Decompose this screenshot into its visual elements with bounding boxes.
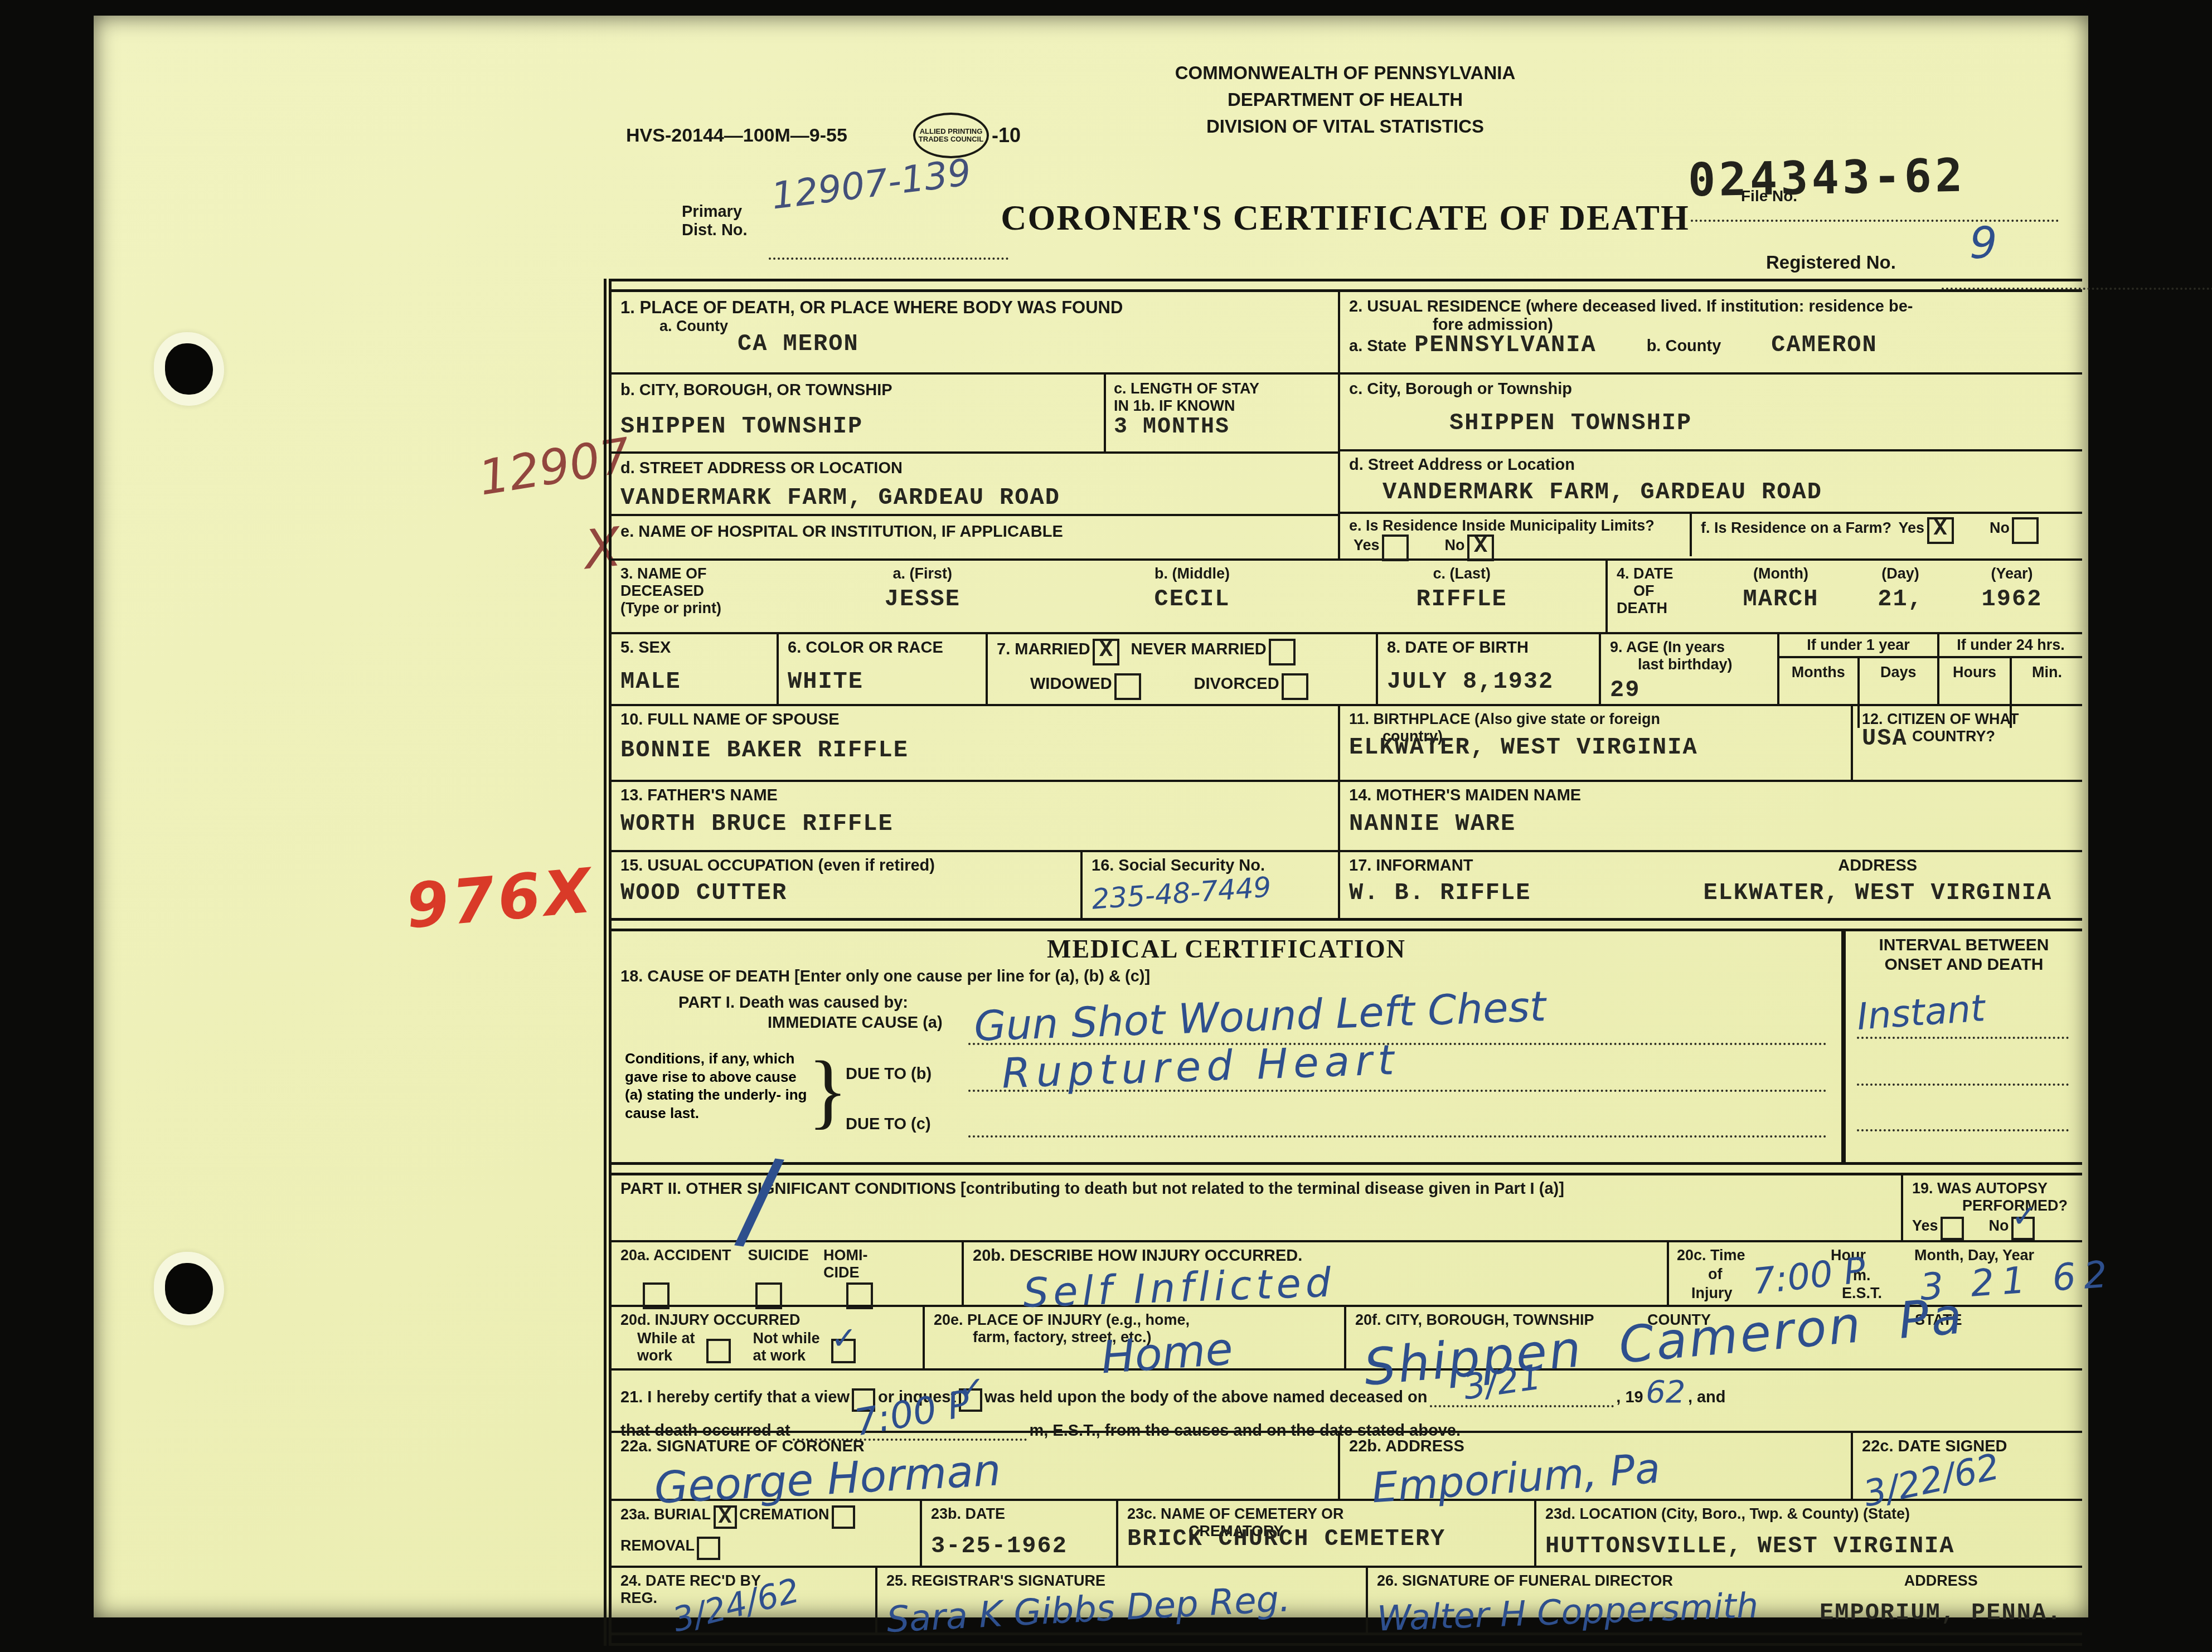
file-no-line	[1691, 220, 2059, 222]
s7-divorced-checkbox	[1282, 673, 1308, 700]
section-20f-city-county-state: 20f. CITY, BOROUGH, TOWNSHIP COUNTY STAT…	[1346, 1307, 2082, 1368]
s18-brace: }	[808, 1043, 848, 1139]
s20d-notwhile-checkbox: ✓	[831, 1339, 856, 1363]
row-20def: 20d. INJURY OCCURRED While at work Not w…	[612, 1307, 2082, 1371]
s26-value: Walter H Coppersmith	[1376, 1583, 1809, 1639]
row-spouse-birthplace: 10. FULL NAME OF SPOUSE BONNIE BAKER RIF…	[612, 706, 2082, 782]
s4-year-value: 1962	[1951, 586, 2073, 613]
s23c-value: BRICK CHURCH CEMETERY	[1127, 1525, 1525, 1552]
section-6-color-race: 6. COLOR OR RACE WHITE	[779, 634, 988, 704]
section-20d-injury-occurred: 20d. INJURY OCCURRED While at work Not w…	[612, 1307, 925, 1368]
medcert-main: MEDICAL CERTIFICATION 18. CAUSE OF DEATH…	[612, 931, 1844, 1162]
primary-dist-label: Primary Dist. No.	[682, 203, 748, 240]
s23a-removal-checkbox	[697, 1537, 720, 1560]
section-7-marital-status: 7. MARRIED X NEVER MARRIED WIDOWED DIVOR…	[988, 634, 1378, 704]
s19-no-checkbox: ✓	[2011, 1217, 2035, 1240]
s7-never-married-checkbox	[1269, 639, 1296, 665]
row-registration: 24. DATE REC'D BY REG. 3/24/62 25. REGIS…	[612, 1568, 2082, 1632]
medical-certification-block: MEDICAL CERTIFICATION 18. CAUSE OF DEATH…	[612, 931, 2082, 1162]
section-11-birthplace: 11. BIRTHPLACE (Also give state or forei…	[1340, 706, 1853, 780]
s11-value: ELKWATER, WEST VIRGINIA	[1349, 734, 1842, 761]
s23a-burial-checkbox: X	[714, 1505, 737, 1529]
s1b-label: b. CITY, BOROUGH, OR TOWNSHIP	[620, 381, 1095, 400]
margin-red-number: 976X	[403, 854, 597, 942]
section-26-funeral-director: 26. SIGNATURE OF FUNERAL DIRECTOR Walter…	[1368, 1568, 2082, 1632]
double-rule	[612, 1162, 2082, 1175]
section-4-date-of-death: 4. DATE OF DEATH (Month) MARCH (Day) 21,…	[1608, 561, 2082, 632]
section-23d-location: 23d. LOCATION (City, Boro., Twp. & Count…	[1536, 1501, 2082, 1566]
row-disposition: 23a. BURIAL X CREMATION REMOVAL 23b. DAT…	[612, 1501, 2082, 1568]
interval-a-line	[1857, 1037, 2069, 1039]
s26-address-value: EMPORIUM, PENNA.	[1808, 1600, 2073, 1626]
section-1-place-of-death: 1. PLACE OF DEATH, OR PLACE WHERE BODY W…	[612, 292, 1340, 558]
form-body: HVS-20144—100M—9-55 ALLIED PRINTING TRAD…	[604, 36, 2082, 1646]
certificate-card: 12907 X 976X HVS-20144—100M—9-55 ALLIED …	[94, 16, 2088, 1617]
form-number: HVS-20144—100M—9-55	[626, 125, 847, 147]
section-17-informant: 17. INFORMANT W. B. RIFFLE ADDRESS ELKWA…	[1340, 852, 2082, 918]
s4-day-label: (Day)	[1850, 565, 1951, 582]
section-14-mother: 14. MOTHER'S MAIDEN NAME NANNIE WARE	[1340, 782, 2082, 850]
s2e-label: e. Is Residence Inside Municipality Limi…	[1349, 517, 1655, 534]
s5-value: MALE	[620, 668, 768, 695]
section-23a-disposition: 23a. BURIAL X CREMATION REMOVAL	[612, 1501, 922, 1566]
s2f-no-checkbox	[2012, 517, 2039, 544]
section-21-certify: 21. I hereby certify that a view or inqu…	[612, 1371, 2082, 1433]
s19-yes-checkbox	[1941, 1217, 1964, 1240]
s7-married-checkbox: X	[1093, 639, 1119, 665]
department-line: DEPARTMENT OF HEALTH	[972, 89, 1719, 110]
s4-year-label: (Year)	[1951, 565, 2073, 582]
s15-value: WOOD CUTTER	[620, 880, 1071, 906]
section-20a-manner: 20a. ACCIDENT SUICIDE HOMI- CIDE ∕	[612, 1242, 964, 1305]
s4-day-value: 21,	[1850, 586, 1951, 613]
double-rule	[612, 1632, 2082, 1646]
s2e-no-checkbox: X	[1467, 535, 1494, 561]
s18c-line	[968, 1135, 1827, 1138]
s10-value: BONNIE BAKER RIFFLE	[620, 737, 1329, 764]
s2f-yes-checkbox: X	[1927, 517, 1954, 544]
s2a-label: a. State	[1349, 337, 1406, 356]
s14-value: NANNIE WARE	[1349, 810, 2073, 837]
s2-title: 2. USUAL RESIDENCE (where deceased lived…	[1349, 298, 2073, 335]
interval-b-line	[1857, 1083, 2069, 1086]
s23a-cremation-checkbox	[832, 1505, 855, 1529]
section-9-under-24-hrs: If under 24 hrs. Hours Min.	[1939, 634, 2082, 704]
section-23c-cemetery: 23c. NAME OF CEMETERY OR CREMATORY BRICK…	[1118, 1501, 1536, 1566]
section-24-date-recd: 24. DATE REC'D BY REG. 3/24/62	[612, 1568, 877, 1632]
registered-no-value: 9	[1970, 218, 1997, 269]
punch-hole-bottom	[165, 1263, 213, 1314]
section-12-citizen: 12. CITIZEN OF WHAT COUNTRY? USA	[1853, 706, 2082, 780]
section-23b-date: 23b. DATE 3-25-1962	[922, 1501, 1118, 1566]
s23d-value: HUTTONSVILLE, WEST VIRGINIA	[1545, 1533, 2073, 1559]
interval-header: INTERVAL BETWEEN ONSET AND DEATH	[1846, 931, 2082, 974]
commonwealth-line: COMMONWEALTH OF PENNSYLVANIA	[972, 62, 1719, 84]
s3a-value: JESSE	[788, 586, 1058, 613]
s6-value: WHITE	[788, 668, 977, 695]
file-no-stamp: 024343-62	[1687, 149, 1966, 207]
s2e-yes-checkbox	[1382, 535, 1409, 561]
s9-value: 29	[1610, 677, 1768, 703]
section-19-autopsy: 19. WAS AUTOPSY PERFORMED? Yes No ✓	[1903, 1175, 2082, 1240]
s4-month-value: MARCH	[1711, 586, 1850, 613]
s1b-value: SHIPPEN TOWNSHIP	[620, 413, 1095, 440]
section-22c-date-signed: 22c. DATE SIGNED 3/22/62	[1853, 1433, 2082, 1499]
form-table: 1. PLACE OF DEATH, OR PLACE WHERE BODY W…	[604, 279, 2082, 1646]
s3b-value: CECIL	[1058, 586, 1327, 613]
s1d-value: VANDERMARK FARM, GARDEAU ROAD	[620, 484, 1329, 511]
division-line: DIVISION OF VITAL STATISTICS	[972, 116, 1719, 137]
section-22a-coroner-signature: 22a. SIGNATURE OF CORONER George Horman	[612, 1433, 1340, 1499]
s1c-label: c. LENGTH OF STAY IN 1b. IF KNOWN	[1114, 380, 1330, 415]
scan-background: 12907 X 976X HVS-20144—100M—9-55 ALLIED …	[0, 0, 2212, 1652]
row-place-residence: 1. PLACE OF DEATH, OR PLACE WHERE BODY W…	[612, 292, 2082, 561]
s2c-label: c. City, Borough or Township	[1349, 380, 2073, 399]
s3a-label: a. (First)	[788, 565, 1058, 582]
s18-conditions-note: Conditions, if any, which gave rise to a…	[625, 1049, 809, 1122]
s20d-while-checkbox	[706, 1339, 731, 1363]
section-9-under-1-year: If under 1 year Months Days	[1779, 634, 1939, 704]
s20a-accident-checkbox	[643, 1282, 670, 1309]
s1e-label: e. NAME OF HOSPITAL OR INSTITUTION, IF A…	[620, 523, 1329, 541]
s2c-value: SHIPPEN TOWNSHIP	[1449, 410, 2073, 436]
row-occupation-informant: 15. USUAL OCCUPATION (even if retired) W…	[612, 852, 2082, 918]
s3c-label: c. (Last)	[1327, 565, 1597, 582]
s2b-value: CAMERON	[1771, 332, 1877, 358]
row-coroner-signature: 22a. SIGNATURE OF CORONER George Horman …	[612, 1433, 2082, 1501]
s2d-value: VANDERMARK FARM, GARDEAU ROAD	[1382, 479, 2073, 506]
section-8-date-of-birth: 8. DATE OF BIRTH JULY 8,1932	[1378, 634, 1601, 704]
part-2-conditions: PART II. OTHER SIGNIFICANT CONDITIONS [c…	[612, 1175, 1903, 1240]
s1d-label: d. STREET ADDRESS OR LOCATION	[620, 459, 1329, 478]
s4-month-label: (Month)	[1711, 565, 1850, 582]
agency-heading: COMMONWEALTH OF PENNSYLVANIA DEPARTMENT …	[972, 62, 1719, 143]
form-header: HVS-20144—100M—9-55 ALLIED PRINTING TRAD…	[604, 36, 2082, 279]
section-20b-describe: 20b. DESCRIBE HOW INJURY OCCURRED. Self …	[964, 1242, 1669, 1305]
row-part2-autopsy: PART II. OTHER SIGNIFICANT CONDITIONS [c…	[612, 1175, 2082, 1242]
section-10-spouse: 10. FULL NAME OF SPOUSE BONNIE BAKER RIF…	[612, 706, 1340, 780]
section-9-age: 9. AGE (In years last birthday) 29	[1601, 634, 1779, 704]
s8-value: JULY 8,1932	[1387, 668, 1590, 695]
s17-value: W. B. RIFFLE	[1349, 880, 1682, 906]
section-25-registrar-signature: 25. REGISTRAR'S SIGNATURE Sara K Gibbs D…	[877, 1568, 1368, 1632]
section-15-occupation: 15. USUAL OCCUPATION (even if retired) W…	[612, 852, 1083, 918]
double-rule	[612, 279, 2082, 292]
interval-column: INTERVAL BETWEEN ONSET AND DEATH Instant	[1844, 931, 2082, 1162]
s13-value: WORTH BRUCE RIFFLE	[620, 810, 1329, 837]
s18-header: 18. CAUSE OF DEATH [Enter only one cause…	[612, 964, 1841, 989]
row-sex-race-marital: 5. SEX MALE 6. COLOR OR RACE WHITE 7. MA…	[612, 634, 2082, 706]
s1a-value: CA MERON	[738, 331, 1329, 357]
punch-hole-top	[165, 343, 213, 395]
registered-no-line	[1942, 288, 2212, 290]
s1c-value: 3 MONTHS	[1114, 415, 1330, 440]
s7-widowed-checkbox	[1114, 673, 1141, 700]
s17-address-value: ELKWATER, WEST VIRGINIA	[1682, 880, 2073, 906]
interval-c-line	[1857, 1129, 2069, 1131]
section-22b-address: 22b. ADDRESS Emporium, Pa	[1340, 1433, 1853, 1499]
s24-value: 3/24/62	[669, 1555, 869, 1640]
s20a-suicide-checkbox: ∕	[755, 1282, 782, 1309]
medcert-title: MEDICAL CERTIFICATION	[612, 931, 1841, 964]
s3b-label: b. (Middle)	[1058, 565, 1327, 582]
registered-no-label: Registered No.	[1766, 252, 1896, 273]
row-father-mother: 13. FATHER'S NAME WORTH BRUCE RIFFLE 14.…	[612, 782, 2082, 852]
s2b-label: b. County	[1647, 337, 1721, 356]
s2d-label: d. Street Address or Location	[1349, 456, 2073, 474]
s23b-value: 3-25-1962	[931, 1533, 1107, 1559]
section-13-father: 13. FATHER'S NAME WORTH BRUCE RIFFLE	[612, 782, 1340, 850]
section-5-sex: 5. SEX MALE	[612, 634, 779, 704]
s3c-value: RIFFLE	[1327, 586, 1597, 613]
double-rule	[612, 918, 2082, 931]
section-2-usual-residence: 2. USUAL RESIDENCE (where deceased lived…	[1340, 292, 2082, 558]
s21-year-value: 62	[1646, 1374, 1685, 1410]
primary-dist-line	[769, 257, 1008, 260]
section-16-ssn: 16. Social Security No. 235-48-7449	[1083, 852, 1340, 918]
section-20e-place-of-injury: 20e. PLACE OF INJURY (e.g., home, farm, …	[925, 1307, 1346, 1368]
s2f-label: f. Is Residence on a Farm?	[1701, 519, 1891, 536]
interval-a-value: Instant	[1856, 987, 1987, 1038]
s20a-homicide-checkbox	[846, 1282, 873, 1309]
section-3-name-of-deceased: 3. NAME OF DECEASED (Type or print) a. (…	[612, 561, 1608, 632]
row-name-dateofdeath: 3. NAME OF DECEASED (Type or print) a. (…	[612, 561, 2082, 634]
certificate-title: CORONER'S CERTIFICATE OF DEATH	[916, 197, 1774, 239]
s2a-value: PENNSYLVANIA	[1414, 332, 1596, 358]
s1-title: 1. PLACE OF DEATH, OR PLACE WHERE BODY W…	[620, 298, 1329, 318]
